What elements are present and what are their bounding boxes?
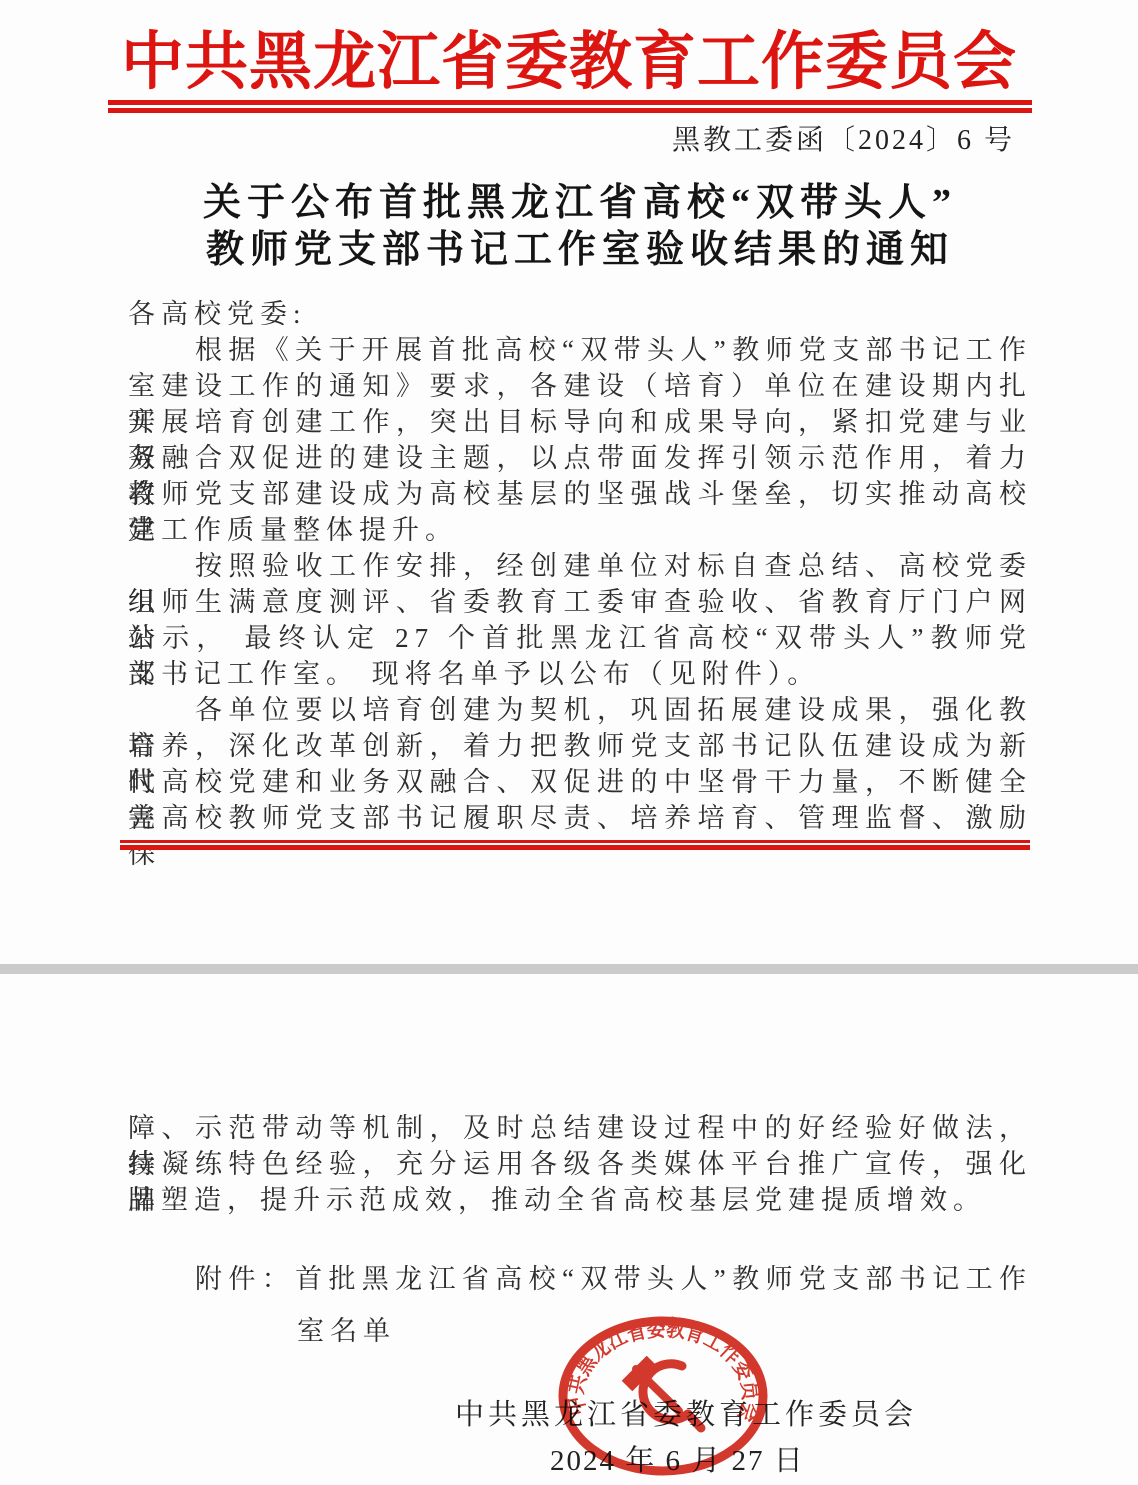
document-title-line2: 教师党支部书记工作室验收结果的通知	[128, 227, 1032, 274]
text-line: 续凝练特色经验，充分运用各级各类媒体平台推广宣传，强化品	[128, 1146, 1032, 1182]
letterhead-red-rule	[108, 100, 1032, 113]
seal-arc-text: 中共黑龙江省委教育工作委员会	[562, 1316, 763, 1425]
body-text-page2: 障、示范带动等机制，及时总结建设过程中的好经验好做法，持续凝练特色经验，充分运用…	[128, 1110, 1032, 1218]
text-line: 公示， 最终认定 27 个首批黑龙江省高校“双带头人”教师党支	[128, 620, 1032, 656]
letterhead-org-name: 中共黑龙江省委教育工作委员会	[117, 26, 1021, 98]
text-line: 附件：首批黑龙江省高校“双带头人”教师党支部书记工作	[128, 1253, 1032, 1305]
official-seal: 中共黑龙江省委教育工作委员会	[551, 1314, 775, 1478]
text-line: 建工作质量整体提升。	[128, 512, 1032, 548]
text-line: 各单位要以培育创建为契机，巩固拓展建设成果，强化教育	[128, 692, 1032, 728]
text-line: 教师党支部建设成为高校基层的坚强战斗堡垒，切实推动高校党	[128, 476, 1032, 512]
text-line: 根据《关于开展首批高校“双带头人”教师党支部书记工作	[128, 332, 1032, 368]
text-line: 善高校教师党支部书记履职尽责、培养培育、管理监督、激励保	[128, 800, 1032, 836]
body-text-page1: 各高校党委:根据《关于开展首批高校“双带头人”教师党支部书记工作室建设工作的通知…	[128, 296, 1032, 836]
document-title: 关于公布首批黑龙江省高校“双带头人” 教师党支部书记工作室验收结果的通知	[128, 180, 1032, 274]
text-line: 部书记工作室。 现将名单予以公布（见附件）。	[128, 656, 1032, 692]
text-line: 牌塑造，提升示范成效，推动全省高校基层党建提质增效。	[128, 1182, 1032, 1218]
doc-number: 黑教工委函〔2024〕6 号	[128, 118, 1015, 158]
text-line: 各高校党委:	[128, 296, 1032, 332]
document-title-line1: 关于公布首批黑龙江省高校“双带头人”	[128, 180, 1032, 227]
text-line: 培养，深化改革创新，着力把教师党支部书记队伍建设成为新时	[128, 728, 1032, 764]
page-separator-band	[0, 964, 1138, 974]
text-line: 室建设工作的通知》要求，各建设（培育）单位在建设期内扎实	[128, 368, 1032, 404]
text-line: 开展培育创建工作，突出目标导向和成果导向，紧扣党建与业务	[128, 404, 1032, 440]
text-line: 按照验收工作安排，经创建单位对标自查总结、高校党委组	[128, 548, 1032, 584]
hammer-sickle-icon	[627, 1361, 701, 1428]
text-line: 障、示范带动等机制，及时总结建设过程中的好经验好做法，持	[128, 1110, 1032, 1146]
text-line: 双融合双促进的建设主题，以点带面发挥引领示范作用，着力将	[128, 440, 1032, 476]
text-line: 织师生满意度测评、省委教育工委审查验收、省教育厅门户网站	[128, 584, 1032, 620]
svg-text:中共黑龙江省委教育工作委员会: 中共黑龙江省委教育工作委员会	[562, 1316, 763, 1425]
page1-footer-red-rule	[120, 840, 1030, 850]
official-document-page: 中共黑龙江省委教育工作委员会 黑教工委函〔2024〕6 号 关于公布首批黑龙江省…	[0, 0, 1138, 1485]
text-line: 代高校党建和业务双融合、双促进的中坚骨干力量，不断健全完	[128, 764, 1032, 800]
